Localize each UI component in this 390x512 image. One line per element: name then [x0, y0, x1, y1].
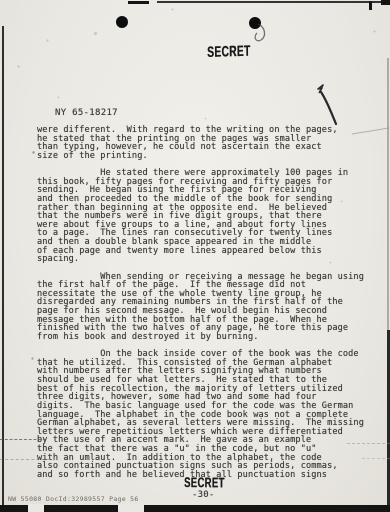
paragraph: When sending or receiving a message he b…	[37, 273, 377, 342]
paragraph: On the back inside cover of the book was…	[37, 350, 377, 479]
document-body: were different. With regard to the writi…	[37, 126, 377, 480]
top-edge-tick-mark	[369, 1, 372, 10]
top-edge-line	[157, 1, 390, 3]
right-page-edge-line	[387, 58, 389, 330]
scanned-document-page: SECRET NY 65-18217 were different. With …	[0, 0, 390, 512]
pen-scribble-mark	[318, 85, 323, 93]
paragraph: He stated there were approximately 100 p…	[37, 169, 377, 264]
margin-dash-mark	[362, 458, 390, 459]
margin-dash-mark	[347, 443, 390, 444]
bottom-edge-gap	[28, 504, 44, 512]
hole-punch	[249, 17, 261, 29]
margin-dash-mark	[0, 459, 50, 460]
top-edge-line	[128, 1, 149, 4]
scan-specks	[0, 0, 1, 1]
top-edge-corner-mark	[381, 0, 390, 5]
margin-dash-mark	[0, 439, 46, 440]
hole-punch	[116, 16, 128, 28]
secret-stamp-top: SECRET	[207, 43, 251, 61]
paragraph: were different. With regard to the writi…	[37, 126, 377, 161]
bottom-edge-gap	[118, 504, 144, 512]
left-page-edge-line	[2, 26, 4, 506]
pen-check-stroke	[321, 92, 336, 124]
archive-stamp: NW 55080 DocId:32989557 Page 56	[8, 495, 139, 503]
secret-stamp-bottom: SECRET	[184, 474, 225, 490]
bottom-edge-line	[0, 505, 390, 512]
file-number: NY 65-18217	[55, 108, 118, 118]
page-number: -30-	[192, 490, 214, 500]
